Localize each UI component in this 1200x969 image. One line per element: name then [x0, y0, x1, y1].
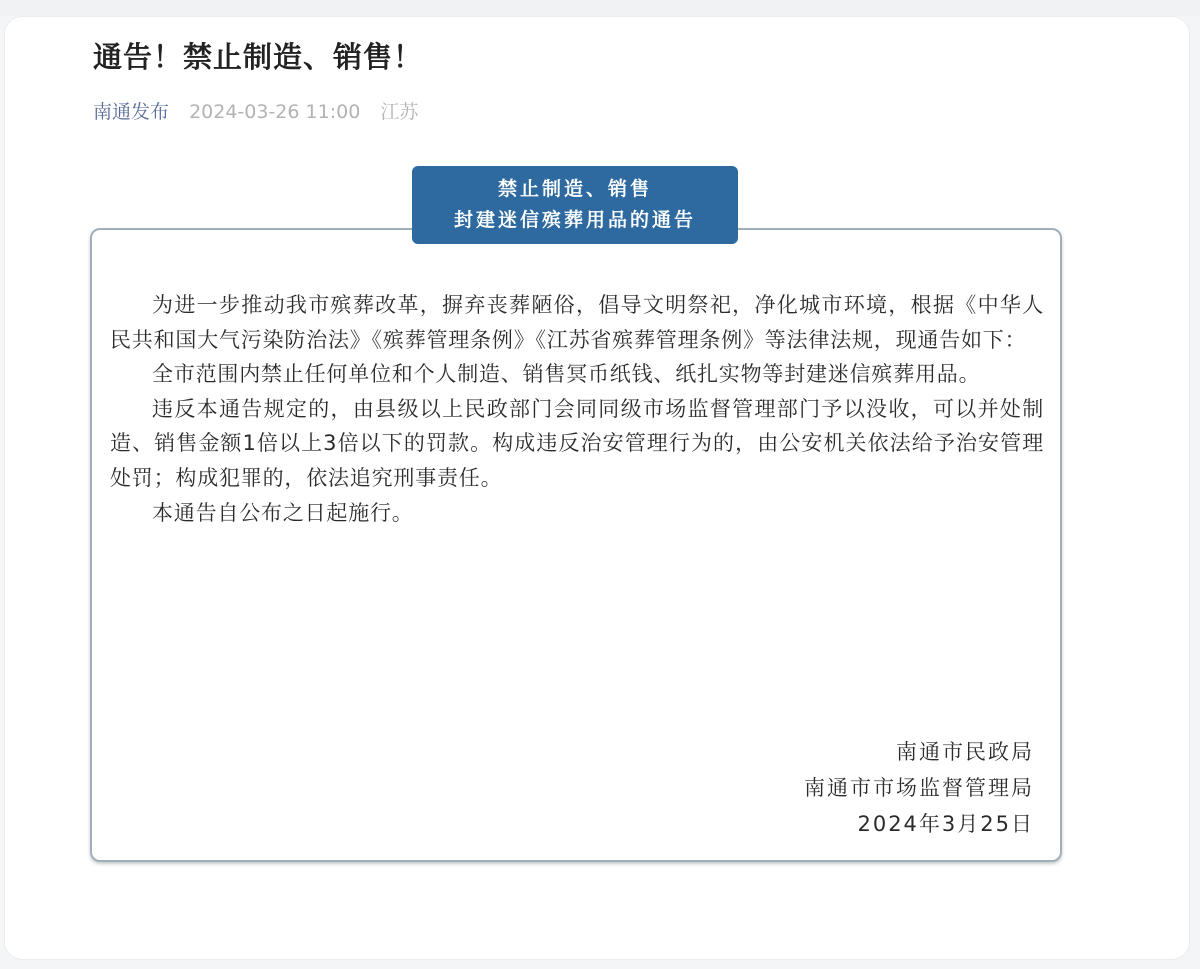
notice-banner: 禁止制造、销售 封建迷信殡葬用品的通告: [412, 166, 738, 244]
notice-signature: 南通市民政局 南通市市场监督管理局 2024年3月25日: [804, 734, 1034, 842]
issuer-civil-affairs: 南通市民政局: [804, 734, 1034, 770]
region-label: 江苏: [380, 101, 418, 123]
article-title: 通告！禁止制造、销售！: [93, 35, 423, 76]
notice-body: 为进一步推动我市殡葬改革，摒弃丧葬陋俗，倡导文明祭祀，净化城市环境，根据《中华人…: [110, 288, 1044, 530]
notice-paragraph: 为进一步推动我市殡葬改革，摒弃丧葬陋俗，倡导文明祭祀，净化城市环境，根据《中华人…: [110, 288, 1044, 357]
page-top-strip: [0, 0, 1200, 16]
banner-line-1: 禁止制造、销售: [412, 174, 738, 205]
notice-paragraph: 全市范围内禁止任何单位和个人制造、销售冥币纸钱、纸扎实物等封建迷信殡葬用品。: [110, 357, 1044, 392]
article-meta: 南通发布 2024-03-26 11:00 江苏: [93, 97, 418, 124]
notice-date: 2024年3月25日: [804, 806, 1034, 842]
issuer-market-supervision: 南通市市场监督管理局: [804, 770, 1034, 806]
notice-paragraph: 本通告自公布之日起施行。: [110, 496, 1044, 531]
publish-time: 2024-03-26 11:00: [189, 101, 360, 123]
source-link[interactable]: 南通发布: [93, 101, 169, 123]
banner-line-2: 封建迷信殡葬用品的通告: [412, 205, 738, 236]
notice-paragraph: 违反本通告规定的，由县级以上民政部门会同同级市场监督管理部门予以没收，可以并处制…: [110, 392, 1044, 496]
